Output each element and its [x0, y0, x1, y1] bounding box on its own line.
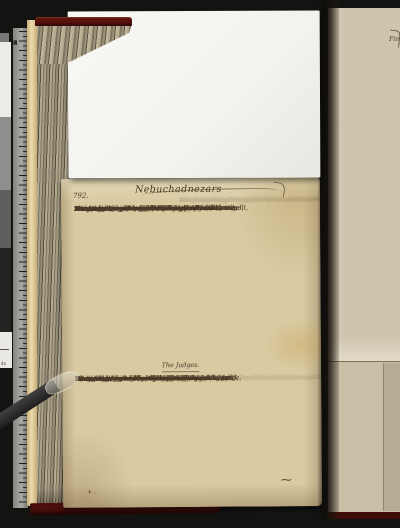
text-line: The gods, they say, for seeking of reven… [75, 374, 212, 385]
corner-mark: Fin [389, 36, 399, 43]
gutter-shadow [317, 0, 339, 519]
text-line: 24 [13, 33, 20, 52]
end-flourish: ⁓ [281, 473, 292, 486]
manuscript-photo-stage: 4a 1234567891011121314151617181920212223… [0, 0, 400, 528]
end-mark: + . [87, 489, 96, 496]
grayscale-patch-2 [0, 42, 11, 117]
page-edge-shadow [384, 363, 400, 511]
grayscale-patch-1 [0, 33, 9, 42]
grayscale-patch-5 [0, 248, 11, 332]
left-manuscript-page: 792. Nebuchadnezars The many kings for t… [61, 177, 322, 508]
measuring-ruler: 123456789101112131415161718192021222324 [13, 28, 28, 508]
text-line: In doing so you strangle all their spite… [74, 204, 198, 215]
calibration-strip-line [0, 349, 9, 350]
page-edge-strip [27, 20, 37, 506]
cover-top-edge [35, 17, 132, 26]
mid-heading-text: The Judges. [162, 361, 200, 372]
grayscale-patch-4 [0, 190, 11, 248]
calibration-strip-label: 4a [1, 361, 6, 366]
mid-heading: The Judges. [62, 361, 261, 362]
calibration-label-strip: 4a [0, 332, 12, 368]
grayscale-patch-3 [0, 117, 11, 190]
